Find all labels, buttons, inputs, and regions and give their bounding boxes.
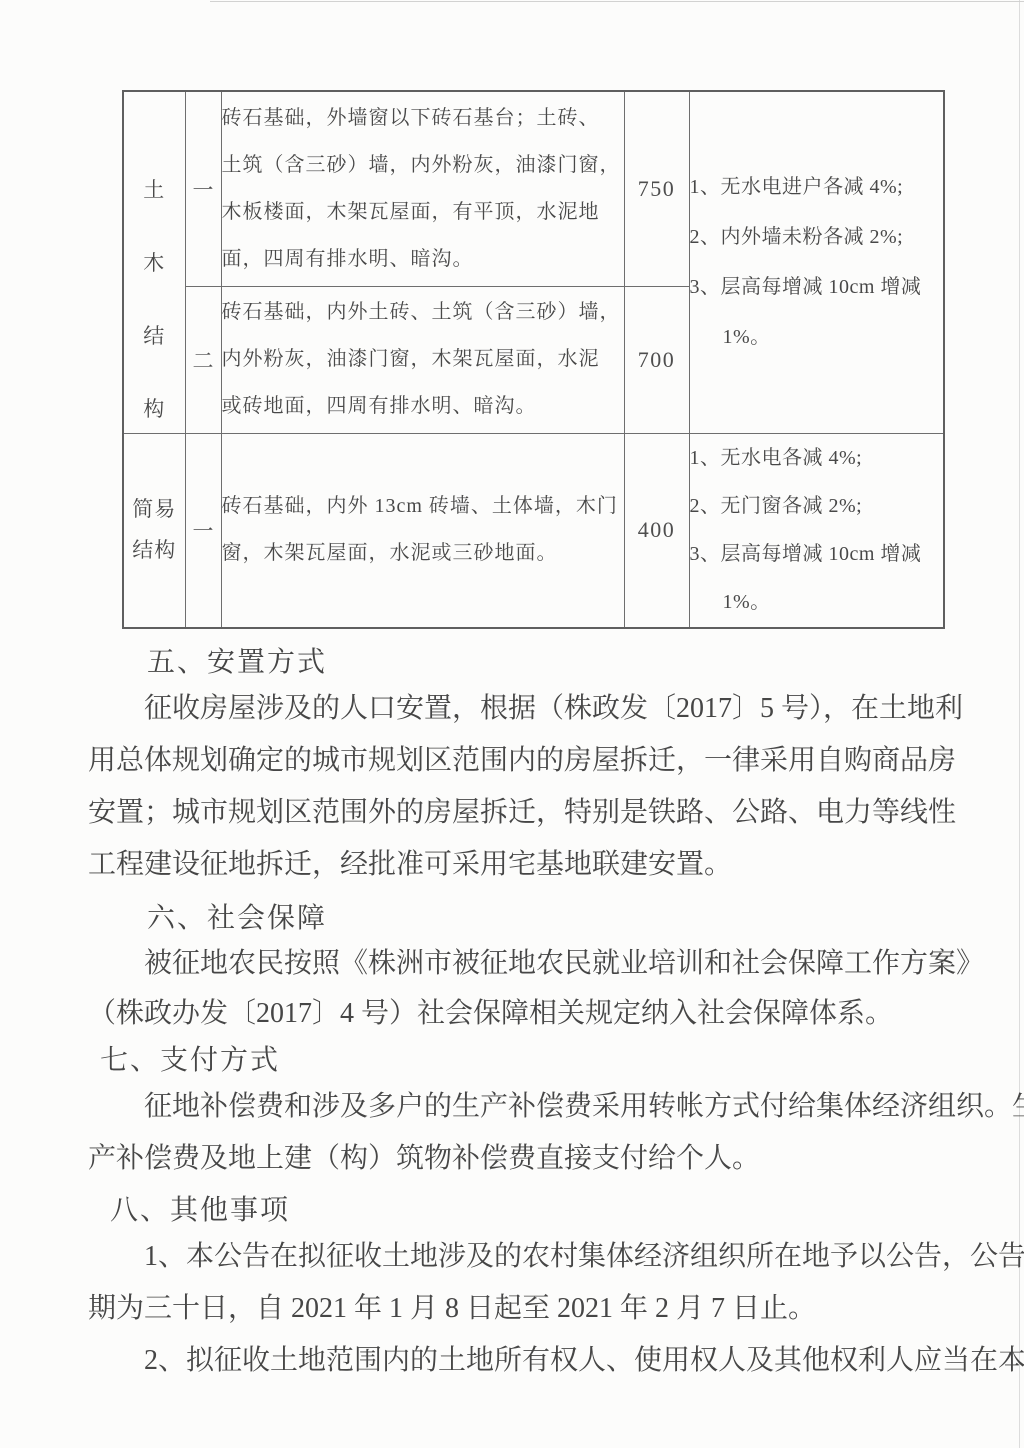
description-cell: 砖石基础，内外 13cm 砖墙、土体墙，木门 窗，木架瓦屋面，水泥或三砂地面。 bbox=[221, 433, 624, 628]
category-char: 构 bbox=[143, 393, 165, 423]
category-char: 结 bbox=[143, 320, 165, 350]
document-page: 土 木 结 构 一 砖石基础，外墙窗以下砖石基台；土砖、 土筑（含三砂）墙，内外… bbox=[0, 0, 1024, 1448]
category-line: 简易 bbox=[124, 489, 185, 530]
category-cell-tumu: 土 木 结 构 bbox=[123, 91, 185, 433]
category-char: 土 bbox=[143, 174, 165, 204]
description-line: 砖石基础，内外 13cm 砖墙、土体墙，木门 bbox=[222, 483, 624, 530]
table-row: 简易 结构 一 砖石基础，内外 13cm 砖墙、土体墙，木门 窗，木架瓦屋面，水… bbox=[123, 433, 944, 628]
description-line: 木板楼面，木架瓦屋面，有平顶，水泥地 bbox=[222, 189, 624, 236]
description-line: 窗，木架瓦屋面，水泥或三砂地面。 bbox=[222, 530, 624, 577]
notes-cell: 1、无水电各减 4%; 2、无门窗各减 2%; 3、层高每增减 10cm 增减 … bbox=[689, 433, 944, 628]
grade-cell: 二 bbox=[185, 286, 221, 433]
paragraph-line: 用总体规划确定的城市规划区范围内的房屋拆迁，一律采用自购商品房 bbox=[88, 735, 940, 787]
description-line: 土筑（含三砂）墙，内外粉灰，油漆门窗， bbox=[222, 142, 624, 189]
section-heading-social-security: 六、社会保障 bbox=[88, 899, 940, 939]
section-other-item-1: 1、本公告在拟征收土地涉及的农村集体经济组织所在地予以公告，公告 期为三十日，自… bbox=[88, 1231, 940, 1335]
category-char: 木 bbox=[143, 247, 165, 277]
category-cell-jianyi: 简易 结构 bbox=[123, 433, 185, 628]
section-social-security-paragraph: 被征地农民按照《株洲市被征地农民就业培训和社会保障工作方案》 （株政办发〔201… bbox=[88, 939, 940, 1039]
paragraph-line: 被征地农民按照《株洲市被征地农民就业培训和社会保障工作方案》 bbox=[88, 939, 940, 989]
section-heading-other-matters: 八、其他事项 bbox=[88, 1191, 940, 1231]
section-placement-paragraph: 征收房屋涉及的人口安置，根据（株政发〔2017〕5 号），在土地利 用总体规划确… bbox=[88, 683, 940, 891]
paragraph-line: 期为三十日，自 2021 年 1 月 8 日起至 2021 年 2 月 7 日止… bbox=[88, 1283, 940, 1335]
description-line: 内外粉灰，油漆门窗，木架瓦屋面，水泥 bbox=[222, 336, 624, 383]
price-cell: 750 bbox=[624, 91, 689, 286]
description-line: 砖石基础，内外土砖、土筑（含三砂）墙， bbox=[222, 289, 624, 336]
price-cell: 400 bbox=[624, 433, 689, 628]
price-cell: 700 bbox=[624, 286, 689, 433]
section-heading-payment: 七、支付方式 bbox=[88, 1041, 940, 1081]
grade-cell: 一 bbox=[185, 433, 221, 628]
paragraph-line: 2、拟征收土地范围内的土地所有权人、使用权人及其他权利人应当在本 bbox=[88, 1335, 940, 1387]
description-line: 面，四周有排水明、暗沟。 bbox=[222, 236, 624, 283]
note-line: 1%。 bbox=[690, 312, 944, 362]
paragraph-line: 产补偿费及地上建（构）筑物补偿费直接支付给个人。 bbox=[88, 1133, 940, 1185]
grade-cell: 一 bbox=[185, 91, 221, 286]
section-heading-placement: 五、安置方式 bbox=[88, 643, 940, 683]
note-line: 2、内外墙未粉各减 2%; bbox=[690, 212, 944, 262]
note-line: 3、层高每增减 10cm 增减 bbox=[690, 262, 944, 312]
description-cell: 砖石基础，内外土砖、土筑（含三砂）墙， 内外粉灰，油漆门窗，木架瓦屋面，水泥 或… bbox=[221, 286, 624, 433]
paragraph-line: （株政办发〔2017〕4 号）社会保障相关规定纳入社会保障体系。 bbox=[88, 989, 940, 1039]
note-line: 1%。 bbox=[690, 578, 944, 626]
notes-cell: 1、无水电进户各减 4%; 2、内外墙未粉各减 2%; 3、层高每增减 10cm… bbox=[689, 91, 944, 433]
description-line: 砖石基础，外墙窗以下砖石基台；土砖、 bbox=[222, 95, 624, 142]
note-line: 3、层高每增减 10cm 增减 bbox=[690, 530, 944, 578]
section-other-item-2: 2、拟征收土地范围内的土地所有权人、使用权人及其他权利人应当在本 bbox=[88, 1335, 940, 1387]
category-line: 结构 bbox=[124, 530, 185, 571]
scan-artifact-right-edge bbox=[1019, 0, 1020, 1448]
description-cell: 砖石基础，外墙窗以下砖石基台；土砖、 土筑（含三砂）墙，内外粉灰，油漆门窗， 木… bbox=[221, 91, 624, 286]
section-payment-paragraph: 征地补偿费和涉及多户的生产补偿费采用转帐方式付给集体经济组织。生 产补偿费及地上… bbox=[88, 1081, 940, 1185]
paragraph-line: 征地补偿费和涉及多户的生产补偿费采用转帐方式付给集体经济组织。生 bbox=[88, 1081, 940, 1133]
paragraph-line: 征收房屋涉及的人口安置，根据（株政发〔2017〕5 号），在土地利 bbox=[88, 683, 940, 735]
scan-artifact-top-edge bbox=[210, 1, 1024, 2]
category-vertical-label: 土 木 结 构 bbox=[124, 174, 185, 423]
paragraph-line: 工程建设征地拆迁，经批准可采用宅基地联建安置。 bbox=[88, 839, 940, 891]
document-body: 土 木 结 构 一 砖石基础，外墙窗以下砖石基台；土砖、 土筑（含三砂）墙，内外… bbox=[88, 90, 940, 1387]
note-line: 1、无水电进户各减 4%; bbox=[690, 162, 944, 212]
note-line: 2、无门窗各减 2%; bbox=[690, 482, 944, 530]
paragraph-line: 安置；城市规划区范围外的房屋拆迁，特别是铁路、公路、电力等线性 bbox=[88, 787, 940, 839]
description-line: 或砖地面，四周有排水明、暗沟。 bbox=[222, 383, 624, 430]
note-line: 1、无水电各减 4%; bbox=[690, 434, 944, 482]
table-row: 土 木 结 构 一 砖石基础，外墙窗以下砖石基台；土砖、 土筑（含三砂）墙，内外… bbox=[123, 91, 944, 286]
compensation-table: 土 木 结 构 一 砖石基础，外墙窗以下砖石基台；土砖、 土筑（含三砂）墙，内外… bbox=[122, 90, 945, 629]
paragraph-line: 1、本公告在拟征收土地涉及的农村集体经济组织所在地予以公告，公告 bbox=[88, 1231, 940, 1283]
